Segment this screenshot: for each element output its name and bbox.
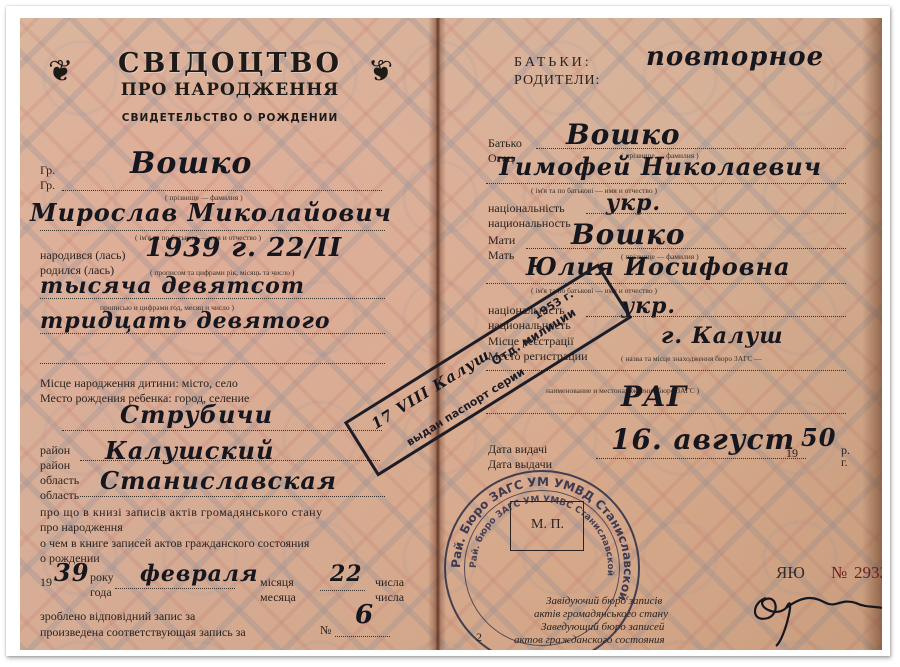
region-label-uk: область [40,473,79,488]
day-label-ru: числа [375,590,404,605]
born-label-uk: народився (лась) [40,248,125,263]
mother-label-uk: Мати [488,233,515,248]
issue-year-suffix: р. г. [841,444,851,468]
year-label-ru: года [90,585,112,600]
issue-date-label-uk: Дата видачі [488,442,547,457]
father-nationality-label-ru: национальность [488,216,571,231]
ornament-right-icon: ❦ [368,54,393,89]
year-label-uk: року [90,570,114,585]
citizen-label-ru: Гр. [40,178,55,193]
month-label-uk: місяця [260,575,294,590]
born-words-2: тридцать девятого [40,308,331,334]
month-label-ru: месяца [260,590,296,605]
entry-no-value: 6 [355,600,374,630]
region-value: Станиславская [100,466,337,495]
birth-certificate-document: ❦ ❦ СВІДОЦТВО ПРО НАРОДЖЕННЯ СВИДЕТЕЛЬСТ… [20,18,882,650]
issue-year-value: 50 [801,423,836,452]
round-registry-stamp: Рай. Бюро ЗАГС УМ УМВД Станиславской Рай… [444,470,640,650]
registration-place-hint-uk: ( назва та місце знаходження бюро ЗАГС — [621,354,762,363]
left-page: ❦ ❦ СВІДОЦТВО ПРО НАРОДЖЕННЯ СВИДЕТЕЛЬСТ… [20,18,428,650]
record-text-ru-1: о чем в книге записей актов гражданского… [40,536,309,551]
parents-label-ru: РОДИТЕЛИ: [514,73,600,89]
entry-text-uk: зроблено відповідний запис за [40,609,195,624]
place-value: Струбичи [120,400,273,429]
father-label-uk: Батько [488,136,522,151]
district-label-uk: район [40,443,70,458]
signature-icon [746,578,882,650]
year-value: 39 [54,558,89,587]
born-words-1: тысяча девятсот [40,273,305,299]
place-label-uk: Місце народження дитини: місто, село [40,376,238,391]
record-text-uk-2: про народження [40,520,123,535]
title-ru: СВИДЕТЕЛЬСТВО О РОЖДЕНИИ [100,112,360,124]
day-value: 22 [330,561,363,587]
father-nationality-label-uk: національність [488,201,565,216]
ornament-left-icon: ❦ [48,54,73,89]
mother-surname: Вошко [571,218,686,251]
mother-label-ru: Мать [488,248,514,263]
surname-value: Вошко [130,146,252,181]
father-surname: Вошко [566,118,681,151]
seal-placeholder-box: М. П. [510,501,584,551]
entry-text-ru: произведена соответствующая запись за [40,625,246,640]
parents-label-uk: БАТЬКИ: [514,55,592,71]
father-name: Тимофей Николаевич [496,152,822,181]
mother-name: Юлия Иосифовна [526,252,791,281]
citizen-label-uk: Гр. [40,163,55,178]
title-sub: ПРО НАРОДЖЕННЯ [100,80,360,100]
registration-place-value-2: РАГ [621,380,687,413]
seal-placeholder: М. П. [531,517,564,533]
parents-note: повторное [646,42,824,72]
record-text-uk-1: про що в книзі записів актів громадянськ… [40,505,323,520]
month-value: февраля [140,561,259,587]
year-prefix: 19 [40,575,52,590]
day-label-uk: числа [375,575,404,590]
registration-place-value: г. Калуш [661,323,784,349]
issue-year-prefix: 19 [786,446,798,461]
born-value: 1939 г. 22/II [145,233,342,263]
region-label-ru: область [40,488,79,503]
name-value: Мирослав Миколайович [30,198,392,227]
title-main: СВІДОЦТВО [90,48,370,79]
issue-date-value: 16. август [611,423,795,456]
entry-no-label: № [320,623,331,638]
district-label-ru: район [40,458,70,473]
